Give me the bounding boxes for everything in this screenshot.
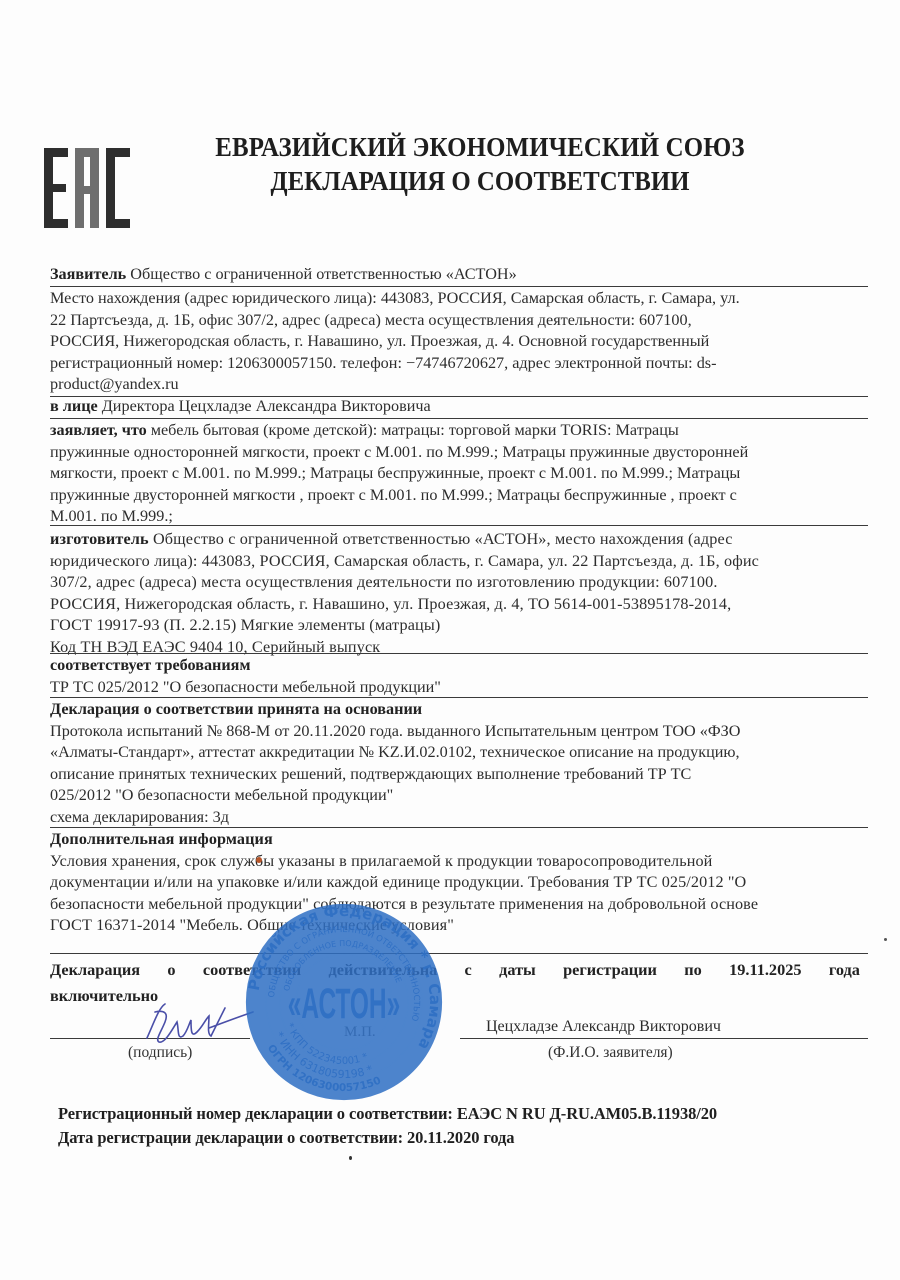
address-line: регистрационный номер: 1206300057150. те… — [50, 353, 860, 375]
basis-line: описание принятых технических решений, п… — [50, 764, 860, 786]
manufacturer-label: изготовитель — [50, 530, 149, 548]
declares-line: мягкости, проект с М.001. по М.999.; Мат… — [50, 463, 860, 485]
signer-caption: (Ф.И.О. заявителя) — [548, 1044, 673, 1062]
address-line: Место нахождения (адрес юридического лиц… — [50, 288, 860, 310]
ink-speck — [349, 1156, 352, 1160]
declares-line: мебель бытовая (кроме детской): матрацы:… — [151, 421, 679, 439]
manufacturer-line: ГОСТ 19917-93 (П. 2.2.15) Мягкие элемент… — [50, 615, 860, 637]
complies-value: ТР ТС 025/2012 "О безопасности мебельной… — [50, 677, 860, 699]
applicant-address: Место нахождения (адрес юридического лиц… — [50, 288, 860, 396]
name-line — [460, 1038, 868, 1039]
applicant-label: Заявитель — [50, 265, 126, 283]
validity-word: о — [167, 957, 175, 983]
signer-name: Цецхладзе Александр Викторович — [486, 1018, 721, 1036]
declaration-page: ЕВРАЗИЙСКИЙ ЭКОНОМИЧЕСКИЙ СОЮЗ ДЕКЛАРАЦИ… — [0, 0, 900, 1280]
additional-line: ГОСТ 16371-2014 "Мебель. Общие техническ… — [50, 915, 860, 937]
manufacturer-section: изготовитель Общество с ограниченной отв… — [50, 529, 860, 658]
represented-by-value: Директора Цецхладзе Александра Викторови… — [102, 397, 431, 415]
divider — [50, 953, 868, 954]
validity-word: года — [829, 957, 860, 983]
manufacturer-line: РОССИЯ, Нижегородская область, г. Наваши… — [50, 594, 860, 616]
declares-line: пружинные односторонней мягкости, проект… — [50, 442, 860, 464]
basis-section: Декларация о соответствии принята на осн… — [50, 699, 860, 828]
declares-line: пружинные двусторонней мягкости , проект… — [50, 485, 860, 507]
registration-date: Дата регистрации декларации о соответств… — [58, 1128, 514, 1148]
registration-number-label: Регистрационный номер декларации о соотв… — [58, 1104, 453, 1123]
divider — [50, 653, 868, 654]
applicant-section: Заявитель Общество с ограниченной ответс… — [50, 264, 860, 286]
title-declaration: ДЕКЛАРАЦИЯ О СООТВЕТСТВИИ — [176, 164, 783, 198]
eac-logo-icon — [44, 148, 130, 228]
ink-speck — [884, 938, 887, 941]
manufacturer-line: Общество с ограниченной ответственностью… — [153, 530, 733, 548]
basis-line: Протокола испытаний № 868-М от 20.11.202… — [50, 721, 860, 743]
registration-number-value: ЕАЭС N RU Д-RU.АМ05.В.11938/20 — [457, 1104, 717, 1123]
divider — [50, 286, 868, 287]
validity-word: Декларация — [50, 957, 140, 983]
complies-section: соответствует требованиям ТР ТС 025/2012… — [50, 655, 860, 698]
validity-word: с — [465, 957, 472, 983]
declares-label: заявляет, что — [50, 421, 147, 439]
manufacturer-line: 307/2, адрес (адреса) места осуществлени… — [50, 572, 860, 594]
represented-by: в лице Директора Цецхладзе Александра Ви… — [50, 396, 860, 418]
basis-label: Декларация о соответствии принята на осн… — [50, 699, 860, 721]
additional-info-section: Дополнительная информация Условия хранен… — [50, 829, 860, 937]
represented-by-label: в лице — [50, 397, 98, 415]
address-line: product@yandex.ru — [50, 374, 860, 396]
complies-label: соответствует требованиям — [50, 655, 860, 677]
validity-word: даты — [499, 957, 536, 983]
additional-line: Условия хранения, срок службы указаны в … — [50, 851, 860, 873]
additional-line: документации и/или на упаковке и/или каж… — [50, 872, 860, 894]
title-union: ЕВРАЗИЙСКИЙ ЭКОНОМИЧЕСКИЙ СОЮЗ — [176, 130, 783, 164]
handwritten-signature-icon — [125, 990, 255, 1050]
address-line: 22 Партсъезда, д. 1Б, офис 307/2, адрес … — [50, 310, 860, 332]
validity-word: регистрации — [563, 957, 657, 983]
company-seal-icon: Российская Федерация * г. Самара ОБЩЕСТВ… — [244, 902, 444, 1102]
validity-word: 19.11.2025 — [729, 957, 801, 983]
registration-date-label: Дата регистрации декларации о соответств… — [58, 1128, 403, 1147]
svg-text:«АСТОН»: «АСТОН» — [288, 981, 400, 1028]
registration-number: Регистрационный номер декларации о соотв… — [58, 1104, 717, 1124]
declares-section: заявляет, что мебель бытовая (кроме детс… — [50, 420, 860, 528]
document-title: ЕВРАЗИЙСКИЙ ЭКОНОМИЧЕСКИЙ СОЮЗ ДЕКЛАРАЦИ… — [150, 130, 810, 198]
basis-line: «Алматы-Стандарт», аттестат аккредитации… — [50, 742, 860, 764]
divider — [50, 418, 868, 419]
manufacturer-line: юридического лица): 443083, РОССИЯ, Сама… — [50, 551, 860, 573]
additional-line: безопасности мебельной продукции" соблюд… — [50, 894, 860, 916]
validity-line: Декларацияосоответствиидействительнасдат… — [50, 957, 860, 983]
basis-line: 025/2012 "О безопасности мебельной проду… — [50, 785, 860, 807]
divider — [50, 827, 868, 828]
validity-word: по — [684, 957, 702, 983]
divider — [50, 697, 868, 698]
applicant-name: Общество с ограниченной ответственностью… — [130, 265, 516, 283]
address-line: РОССИЯ, Нижегородская область, г. Наваши… — [50, 331, 860, 353]
additional-info-label: Дополнительная информация — [50, 829, 860, 851]
divider — [50, 525, 868, 526]
registration-date-value: 20.11.2020 года — [407, 1128, 514, 1147]
declaration-scheme: схема декларирования: 3д — [50, 807, 860, 829]
ink-speck — [256, 857, 262, 863]
